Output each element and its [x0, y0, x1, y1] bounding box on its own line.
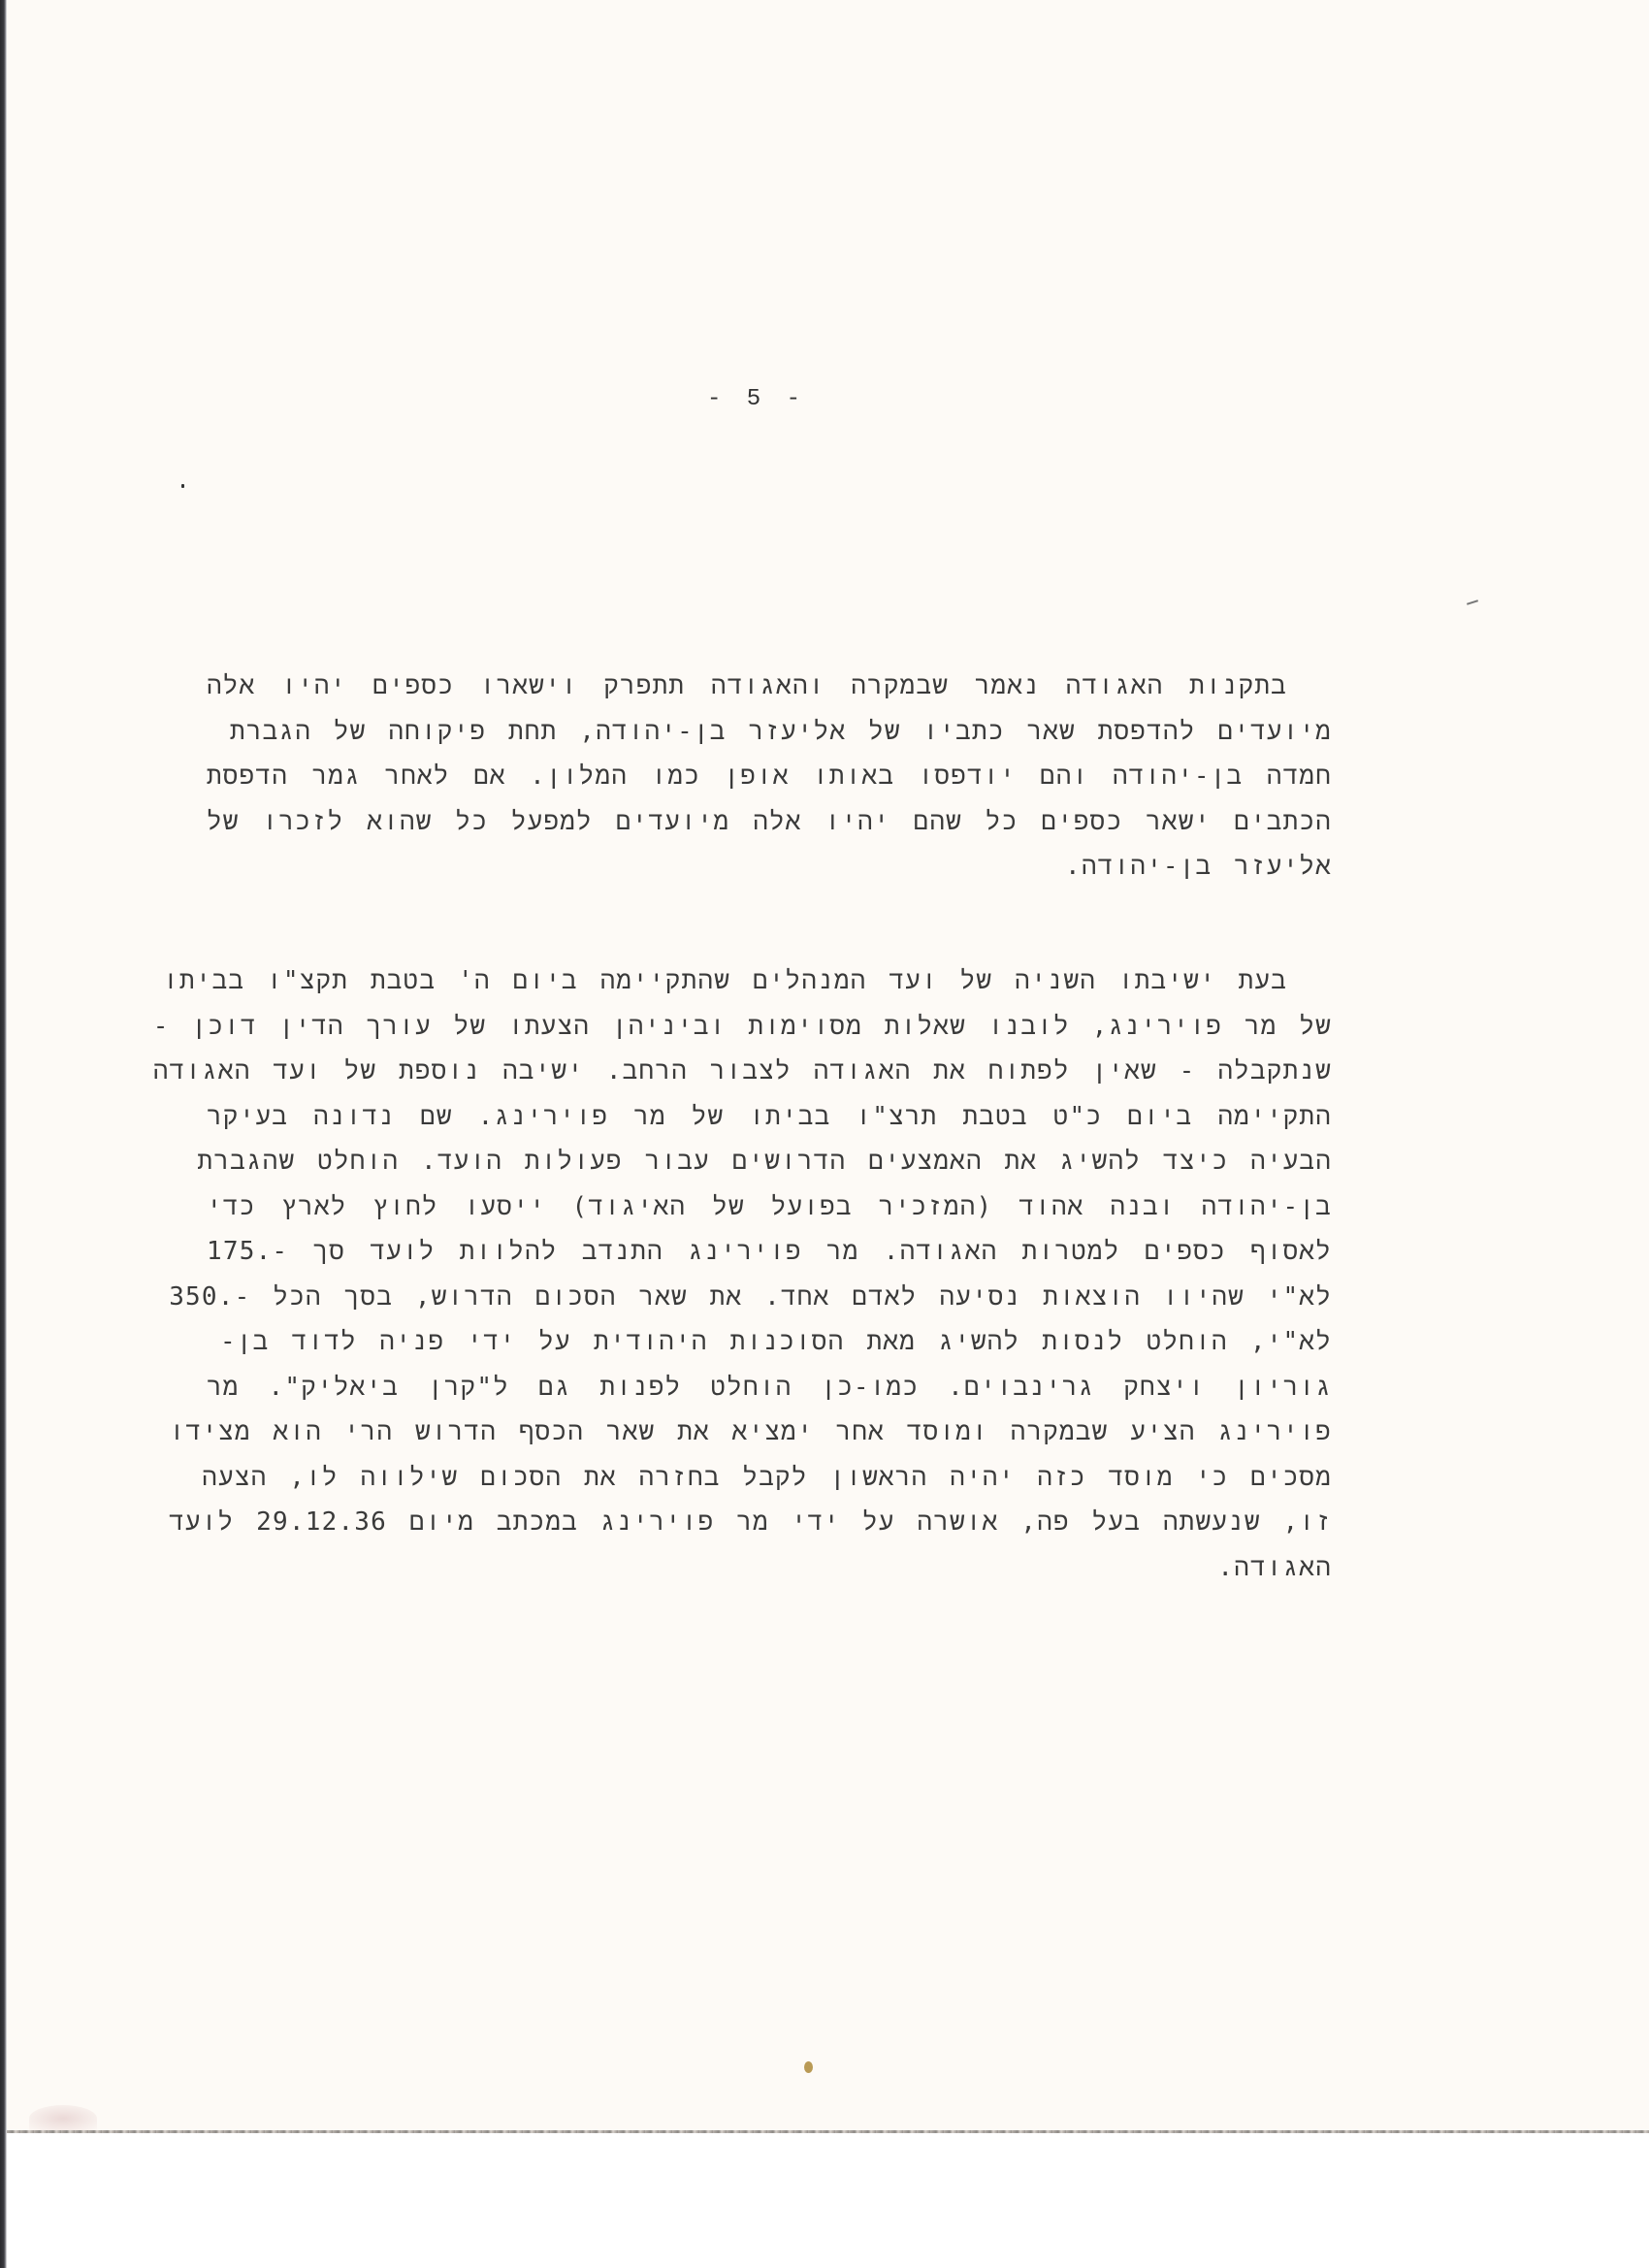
- text-line: פוירינג הציע שבמקרה ומוסד אחר ימציא את ש…: [207, 1409, 1332, 1455]
- text-line: האגודה.: [207, 1545, 1332, 1591]
- text-line: מיועדים להדפסת שאר כתביו של אליעזר בן-יה…: [207, 709, 1332, 755]
- scanner-edge-shadow: [0, 0, 7, 2268]
- paper-stain: [29, 2105, 97, 2132]
- text-line: זו, שנעשתה בעל פה, אושרה על ידי מר פוירי…: [207, 1500, 1332, 1545]
- ink-stain-dot: [804, 2061, 813, 2073]
- text-line: בעת ישיבתו השניה של ועד המנהלים שהתקיימה…: [207, 958, 1332, 1004]
- paper-speck: [181, 484, 184, 488]
- paragraph-statutes: בתקנות האגודה נאמר שבמקרה והאגודה תתפרק …: [207, 664, 1332, 890]
- scanned-document-page: - 5 - בתקנות האגודה נאמר שבמקרה והאגודה …: [0, 0, 1649, 2268]
- text-line: לא"י שהיוו הוצאות נסיעה לאדם אחד. את שאר…: [207, 1275, 1332, 1320]
- paragraph-board-meetings: בעת ישיבתו השניה של ועד המנהלים שהתקיימה…: [207, 958, 1332, 1590]
- text-line: חמדה בן-יהודה והם יודפסו באותו אופן כמו …: [207, 754, 1332, 799]
- text-line: גוריון ויצחק גרינבוים. כמו-כן הוחלט לפנו…: [207, 1365, 1332, 1410]
- text-line: של מר פוירינג, לובנו שאלות מסוימות וביני…: [207, 1004, 1332, 1050]
- page-number: - 5 -: [0, 386, 1513, 412]
- text-line: מסכים כי מוסד כזה יהיה הראשון לקבל בחזרה…: [207, 1455, 1332, 1501]
- text-line: בתקנות האגודה נאמר שבמקרה והאגודה תתפרק …: [207, 664, 1332, 709]
- text-line: אליעזר בן-יהודה.: [207, 844, 1332, 890]
- text-line: שנתקבלה - שאין לפתוח את האגודה לצבור הרח…: [207, 1049, 1332, 1094]
- text-line: לאסוף כספים למטרות האגודה. מר פוירינג הת…: [207, 1229, 1332, 1275]
- paper-bottom-edge: [7, 2130, 1649, 2133]
- text-line: הכתבים ישאר כספים כל שהם יהיו אלה מיועדי…: [207, 799, 1332, 845]
- text-line: הבעיה כיצד להשיג את האמצעים הדרושים עבור…: [207, 1139, 1332, 1184]
- text-line: בן-יהודה ובנה אהוד (המזכיר בפועל של האיג…: [207, 1184, 1332, 1230]
- text-line: התקיימה ביום כ"ט בטבת תרצ"ו בביתו של מר …: [207, 1094, 1332, 1140]
- text-line: לא"י, הוחלט לנסות להשיג מאת הסוכנות היהו…: [207, 1319, 1332, 1365]
